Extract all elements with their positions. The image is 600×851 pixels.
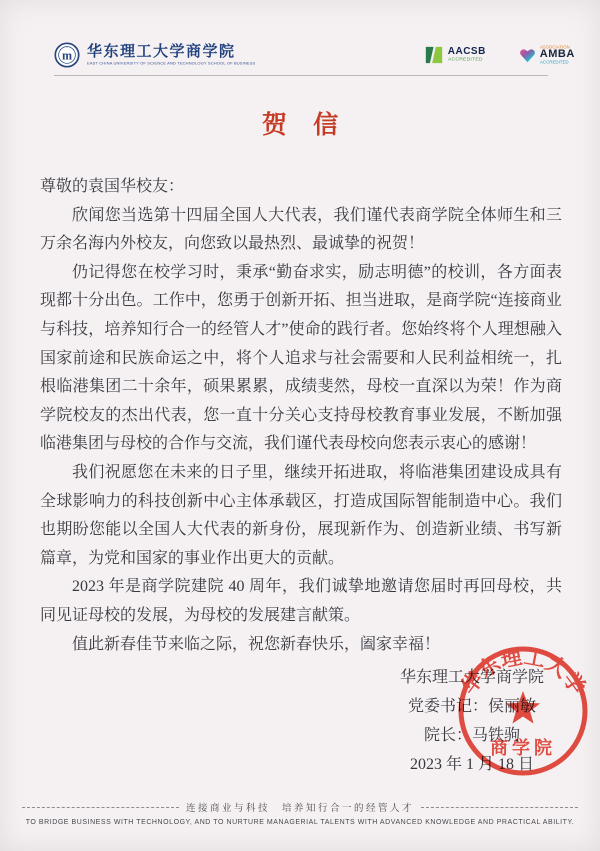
school-name-cn: 华东理工大学商学院 (87, 44, 424, 61)
school-name-en: EAST CHINA UNIVERSITY OF SCIENCE AND TEC… (87, 61, 255, 64)
school-name-block: 华东理工大学商学院 EAST CHINA UNIVERSITY OF SCIEN… (87, 44, 424, 66)
footer: 连接商业与科技 培养知行合一的经管人才 TO BRIDGE BUSINESS W… (22, 800, 578, 826)
amba-accredited-label: ACCREDITED (540, 60, 570, 63)
letter-body: 尊敬的袁国华校友： 欣闻您当选第十四届全国人大代表，我们谨代表商学院全体师生和三… (40, 173, 562, 659)
signature-secretary: 党委书记：侯丽敏 (356, 692, 588, 721)
svg-text:m: m (62, 48, 72, 62)
amba-logo: ASSOCIATION AMBA ACCREDITED (519, 45, 594, 65)
paragraph-4: 2023 年是商学院建院 40 周年，我们诚挚地邀请您届时再回母校，共同见证母校… (40, 573, 562, 630)
university-emblem-icon: m (54, 42, 80, 68)
amba-label: AMBA (540, 49, 594, 60)
signature-org: 华东理工大学商学院 (356, 663, 588, 692)
signature-date: 2023 年 1 月 18 日 (356, 750, 588, 779)
footer-dash-right (421, 807, 578, 808)
aacsb-icon (424, 45, 444, 65)
aacsb-accredited-label: ACCREDITED (448, 57, 483, 61)
footer-slogan-cn: 连接商业与科技 培养知行合一的经管人才 (186, 800, 414, 814)
paragraph-3: 我们祝愿您在未来的日子里，继续开拓进取，将临港集团建设成具有全球影响力的科技创新… (40, 459, 562, 573)
signature-block: 华东理工大学商学院 党委书记：侯丽敏 院长：马铁驹 2023 年 1 月 18 … (356, 663, 588, 779)
footer-dash-left (22, 807, 179, 808)
letter-title: 贺 信 (0, 105, 600, 141)
paragraph-2: 仍记得您在校学习时，秉承“勤奋求实，励志明德”的校训，各方面表现都十分出色。工作… (40, 259, 562, 459)
letter-page: m 华东理工大学商学院 EAST CHINA UNIVERSITY OF SCI… (0, 0, 600, 851)
footer-slogan-en: TO BRIDGE BUSINESS WITH TECHNOLOGY, AND … (22, 819, 578, 826)
salutation: 尊敬的袁国华校友： (40, 173, 562, 202)
accreditation-logos: AACSB ACCREDITED (424, 45, 600, 65)
aacsb-logo: AACSB ACCREDITED (424, 45, 504, 65)
paragraph-1: 欣闻您当选第十四届全国人大代表，我们谨代表商学院全体师生和三万余名海内外校友，向… (40, 202, 562, 259)
paragraph-5: 值此新春佳节来临之际，祝您新春快乐，阖家幸福！ (40, 631, 562, 660)
amba-heart-icon (519, 47, 536, 64)
signature-dean: 院长：马铁驹 (356, 721, 588, 750)
footer-slogan-row: 连接商业与科技 培养知行合一的经管人才 (22, 800, 578, 814)
school-brand: m 华东理工大学商学院 EAST CHINA UNIVERSITY OF SCI… (54, 42, 424, 68)
amba-association-label: ASSOCIATION (540, 45, 570, 47)
letterhead: m 华东理工大学商学院 EAST CHINA UNIVERSITY OF SCI… (54, 40, 548, 76)
